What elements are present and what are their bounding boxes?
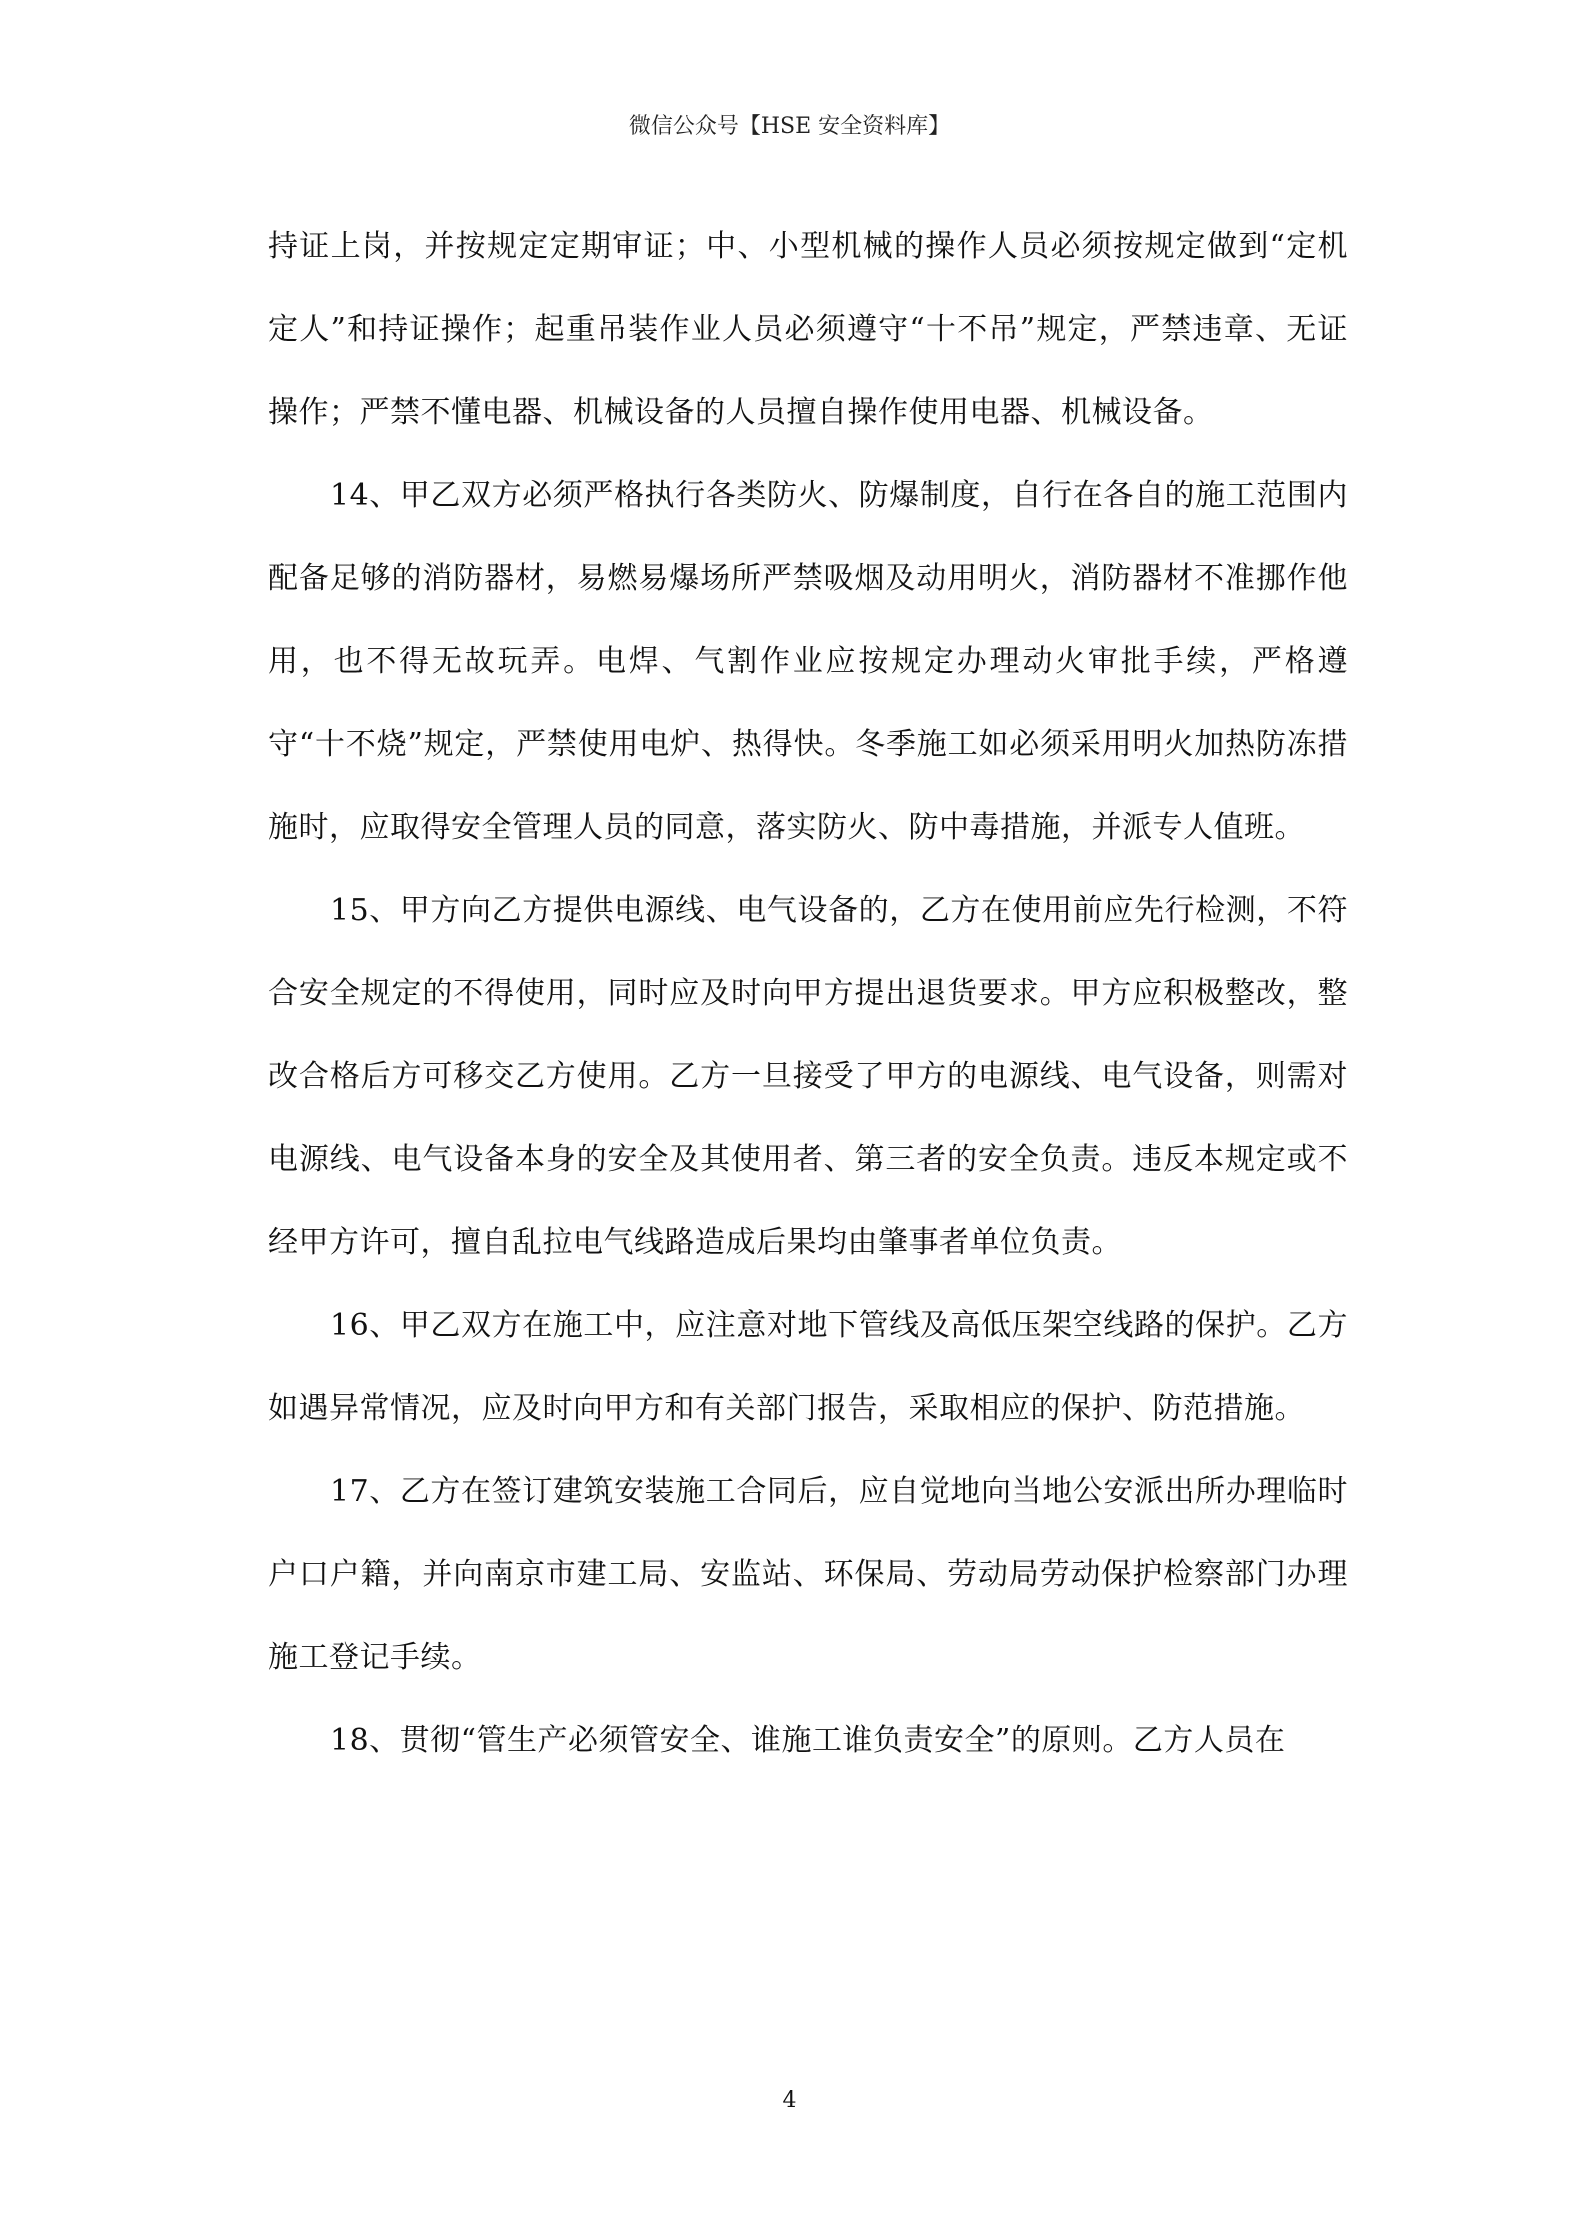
paragraph-15: 15、甲方向乙方提供电源线、电气设备的，乙方在使用前应先行检测，不符合安全规定的…: [268, 869, 1348, 1284]
paragraph-17: 17、乙方在签订建筑安装施工合同后，应自觉地向当地公安派出所办理临时户口户籍，并…: [268, 1450, 1348, 1699]
header-text: 微信公众号【HSE 安全资料库】: [629, 114, 950, 139]
paragraph-14: 14、甲乙双方必须严格执行各类防火、防爆制度，自行在各自的施工范围内配备足够的消…: [268, 454, 1348, 869]
paragraph-13-continued: 持证上岗，并按规定定期审证；中、小型机械的操作人员必须按规定做到“定机定人”和持…: [268, 205, 1348, 454]
page-number: 4: [0, 2086, 1579, 2116]
document-body: 持证上岗，并按规定定期审证；中、小型机械的操作人员必须按规定做到“定机定人”和持…: [268, 205, 1348, 1782]
page-header: 微信公众号【HSE 安全资料库】: [0, 110, 1579, 144]
paragraph-16: 16、甲乙双方在施工中，应注意对地下管线及高低压架空线路的保护。乙方如遇异常情况…: [268, 1284, 1348, 1450]
page-number-text: 4: [783, 2088, 797, 2113]
paragraph-18: 18、贯彻“管生产必须管安全、谁施工谁负责安全”的原则。乙方人员在: [268, 1699, 1348, 1782]
